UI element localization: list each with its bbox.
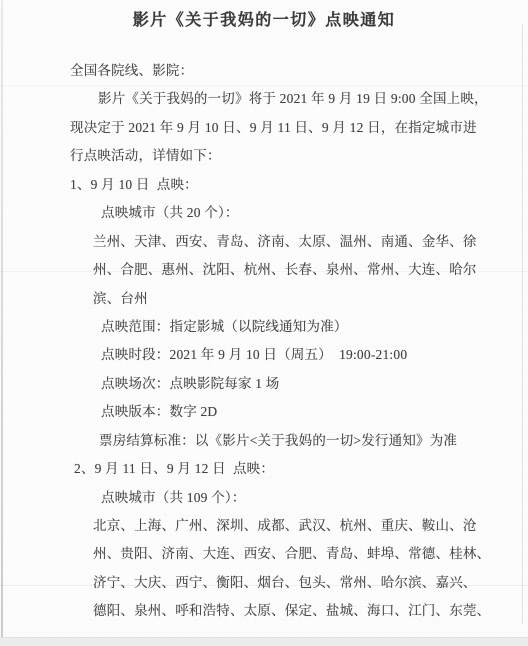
doc-line: 点映场次：点映影院每家 1 场	[0, 370, 528, 398]
doc-line: 滨、台州	[0, 285, 528, 313]
doc-line: 济宁、大庆、西宁、衡阳、烟台、包头、常州、哈尔滨、嘉兴、	[0, 569, 528, 597]
doc-line: 州、贵阳、济南、大连、西安、合肥、青岛、蚌埠、常德、桂林、	[0, 540, 528, 568]
doc-line: 德阳、泉州、呼和浩特、太原、保定、盐城、海口、江门、东莞、	[0, 597, 528, 625]
doc-line: 北京、上海、广州、深圳、成都、武汉、杭州、重庆、鞍山、沧	[0, 512, 528, 540]
doc-line: 1、9 月 10 日 点映：	[0, 171, 528, 199]
doc-line: 现决定于 2021 年 9 月 10 日、9 月 11 日、9 月 12 日，在…	[0, 114, 528, 142]
document-title: 影片《关于我妈的一切》点映通知	[0, 7, 528, 30]
doc-line: 点映时段：2021 年 9 月 10 日（周五） 19:00-21:00	[0, 341, 528, 369]
doc-line: 点映版本：数字 2D	[0, 398, 528, 426]
doc-line: 票房结算标准：以《影片<关于我妈的一切>发行通知》为准	[0, 427, 528, 455]
doc-line: 兰州、天津、西安、青岛、济南、太原、温州、南通、金华、徐	[0, 228, 528, 256]
doc-line: 点映城市（共 109 个）：	[0, 484, 528, 512]
doc-line: 2、9 月 11 日、9 月 12 日 点映：	[0, 455, 528, 483]
scan-bottom-band	[0, 637, 528, 646]
doc-line: 行点映活动，详情如下：	[0, 142, 528, 170]
document-body: 全国各院线、影院：影片《关于我妈的一切》将于 2021 年 9 月 19 日 9…	[0, 57, 528, 626]
doc-line: 点映范围：指定影城（以院线通知为准）	[0, 313, 528, 341]
doc-line: 点映城市（共 20 个）：	[0, 199, 528, 227]
doc-line: 全国各院线、影院：	[0, 57, 528, 85]
doc-line: 影片《关于我妈的一切》将于 2021 年 9 月 19 日 9:00 全国上映，	[0, 85, 528, 113]
document-page: 影片《关于我妈的一切》点映通知 全国各院线、影院：影片《关于我妈的一切》将于 2…	[0, 0, 528, 646]
doc-line: 州、合肥、惠州、沈阳、杭州、长春、泉州、常州、大连、哈尔	[0, 256, 528, 284]
